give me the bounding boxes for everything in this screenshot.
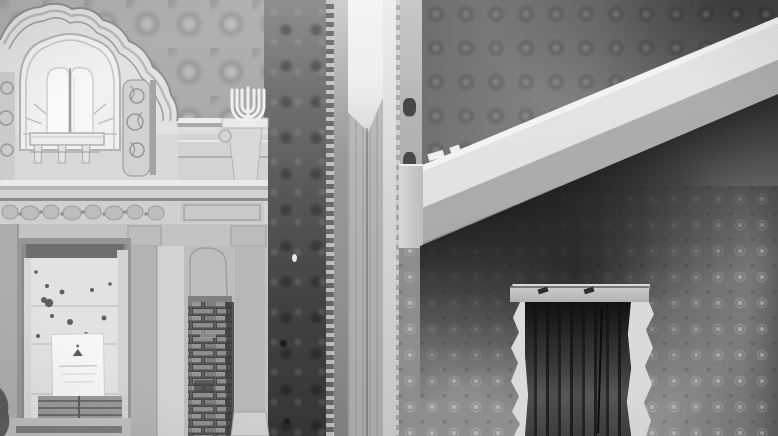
brick-niche	[188, 296, 234, 436]
scroll-ornament-left	[0, 72, 15, 180]
doorway-planks	[525, 300, 631, 436]
sunburst-niche	[20, 34, 120, 163]
doorway-lintel	[510, 286, 649, 302]
decalogue-tablets	[47, 68, 93, 138]
scroll-ornament-right	[123, 80, 156, 176]
carved-frieze	[0, 201, 264, 224]
white-door-jamb	[383, 0, 400, 436]
ark-doors	[0, 238, 152, 436]
lintel-hinge-mark	[583, 287, 594, 295]
plaster-chip	[292, 254, 297, 262]
lintel-hinge-mark	[537, 287, 548, 295]
corner-pilaster	[334, 0, 348, 436]
dark-wallpaper-pilaster	[264, 0, 333, 436]
plank-crack	[597, 308, 603, 433]
panel-seam	[366, 128, 368, 436]
wall-hole	[284, 418, 290, 424]
torah-ark	[0, 0, 270, 436]
pilaster-base	[231, 412, 269, 436]
paper-notice	[51, 334, 104, 399]
wallpaper-scalloped-edge	[326, 0, 334, 436]
photograph	[0, 0, 778, 436]
ark-cornice	[0, 180, 268, 201]
beam-end-return	[399, 164, 423, 248]
light-glare	[348, 0, 383, 132]
wall-hole	[280, 340, 287, 347]
boarded-doorway	[508, 284, 654, 436]
hinge-hardware	[403, 98, 416, 116]
menorah-branches	[232, 88, 264, 122]
